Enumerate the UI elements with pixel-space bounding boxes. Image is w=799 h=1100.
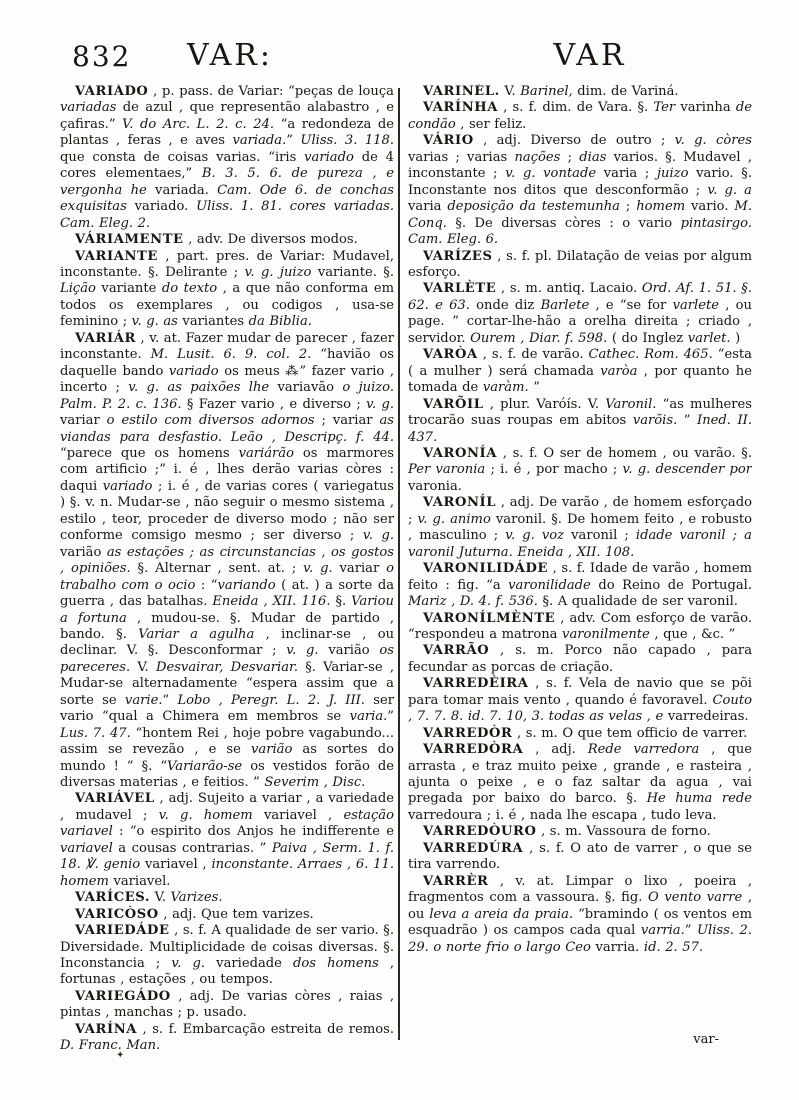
entry-text-italic: Desvairar, Desvariar.: [156, 660, 298, 675]
entry-text-italic: v. g. as paixões lhe: [128, 380, 269, 395]
entry-headword: VARREDÈIRA: [423, 676, 529, 691]
left-column: VARIÁDO , p. pass. de Variar: “peças de …: [60, 84, 394, 1050]
entry-text-italic: variárão: [239, 446, 294, 461]
ink-mark: ✦: [116, 1050, 124, 1061]
entry-text-italic: Rede varredora: [588, 742, 700, 757]
entry-text-italic: Variarão-se: [167, 759, 242, 774]
entry-headword: VARRÃO: [423, 643, 489, 658]
dictionary-entry: VARÍNA , s. f. Embarcação estreita de re…: [60, 1022, 394, 1050]
entry-headword: VARÍNA: [75, 1022, 137, 1037]
dictionary-entry: VARREDÒRA , adj. Rede varredora , que ar…: [408, 742, 752, 824]
entry-text: § Fazer vario , e diverso ;: [182, 397, 367, 412]
entry-text-italic: v. g. voz: [505, 528, 564, 543]
entry-text: que consta de coisas varias. “iris: [60, 150, 304, 165]
entry-text: , s. f. dim. de Vara. §.: [498, 100, 653, 115]
entry-text: ”: [529, 380, 540, 395]
entry-headword: VARÍNHA: [423, 100, 498, 115]
entry-text: , s. f. de varão.: [478, 347, 589, 362]
entry-text-italic: v. g.: [303, 561, 332, 576]
entry-headword: VARIÁR: [75, 331, 136, 346]
dictionary-entry: VARLÈTE , s. m. antiq. Lacaio. Ord. Af. …: [408, 281, 752, 347]
entry-text: V.: [130, 660, 156, 675]
entry-text-italic: Lição: [60, 281, 96, 296]
entry-headword: VÁRIO: [423, 133, 474, 148]
dictionary-entry: VARÕIL , plur. Varóís. V. Varonil. “as m…: [408, 397, 752, 446]
entry-text: varria.: [591, 940, 644, 955]
dictionary-entry: VARREDÚRA , s. f. O ato de varrer , o qu…: [408, 841, 752, 874]
entry-text-italic: varonilmente: [562, 627, 650, 642]
entry-text-italic: nações: [514, 150, 560, 165]
entry-text-italic: varlet.: [688, 331, 731, 346]
entry-text: , plur. Varóís. V.: [484, 397, 606, 412]
dictionary-entry: VARÒA , s. f. de varão. Cathec. Rom. 465…: [408, 347, 752, 396]
entry-text: ; variar: [315, 413, 380, 428]
running-head-left: VAR:: [160, 38, 300, 73]
entry-text: variado.: [127, 199, 196, 214]
dictionary-entry: VARICÒSO , adj. Que tem varizes.: [60, 907, 394, 923]
entry-text: onde diz: [470, 298, 541, 313]
entry-text: ”: [162, 693, 177, 708]
entry-text-italic: dias: [579, 150, 606, 165]
entry-text-italic: v. g. homem: [159, 808, 253, 823]
entry-text: ( do Inglez: [607, 331, 687, 346]
entry-text-italic: Barinel,: [520, 84, 572, 99]
dictionary-entry: VARREDÈIRA , s. f. Vela de navio que se …: [408, 676, 752, 725]
entry-headword: VARINÉL.: [423, 84, 500, 99]
entry-text: §. Alternar , sent. at. ;: [131, 561, 304, 576]
entry-text-italic: v. g. juizo: [245, 265, 312, 280]
entry-text: , adj. Que tem varizes.: [159, 907, 314, 922]
entry-text: variante: [96, 281, 162, 296]
entry-text: varredeiras.: [663, 709, 748, 724]
entry-text: , que , &c. ”: [650, 627, 736, 642]
entry-text: varonia.: [408, 479, 462, 494]
entry-headword: VARIEDÁDE: [75, 923, 170, 938]
dictionary-entry: VARIÁVEL , adj. Sujeito a variar , a var…: [60, 791, 394, 890]
entry-text: ;: [560, 150, 579, 165]
entry-text: , s. m. O que tem officio de varrer.: [513, 726, 748, 741]
catchword: var-: [693, 1032, 719, 1047]
entry-text: §.: [331, 594, 352, 609]
dictionary-entry: VARONÍLMÈNTE , adv. Com esforço de varão…: [408, 611, 752, 644]
entry-text-italic: Ter: [653, 100, 675, 115]
entry-headword: VARIEGÁDO: [75, 989, 171, 1004]
entry-headword: VARIÁDO: [75, 84, 148, 99]
entry-text-italic: o estilo com diversos adornos: [107, 413, 315, 428]
entry-text-italic: varria.: [641, 923, 685, 938]
entry-text-italic: Mariz , D. 4. f. 536.: [408, 594, 538, 609]
entry-text-italic: varie.: [125, 693, 163, 708]
dictionary-entry: VARONÍA , s. f. O ser de homem , ou varã…: [408, 446, 752, 495]
dictionary-entry: VARIANTE , part. pres. de Variar: Mudave…: [60, 249, 394, 331]
dictionary-entry: VARIEGÁDO , adj. De varias còres , raias…: [60, 989, 394, 1022]
entry-text: varredoura ; i. é , nada lhe escapa , tu…: [408, 808, 717, 823]
entry-text: varias ; varias: [408, 150, 514, 165]
entry-text-italic: Barlete: [541, 298, 590, 313]
dictionary-entry: VARIÁR , v. at. Fazer mudar de parecer ,…: [60, 331, 394, 792]
entry-text-italic: deposição da testemunha: [447, 199, 620, 214]
entry-text-italic: variado: [103, 479, 153, 494]
entry-text-italic: variadas: [60, 100, 116, 115]
entry-text-italic: v. g.: [363, 528, 394, 543]
entry-text-italic: variado: [304, 150, 354, 165]
entry-text: dim. de Variná.: [573, 84, 679, 99]
dictionary-entry: VARONILIDÁDE , s. f. Idade de varão , ho…: [408, 561, 752, 610]
entry-text-italic: v. g.: [286, 643, 318, 658]
dictionary-entry: VARRÈR , v. at. Limpar o lixo , poeira ,…: [408, 874, 752, 956]
entry-text: §. De diversas còres : o vario: [447, 216, 681, 231]
entry-text: , s. m. antiq. Lacaio.: [496, 281, 642, 296]
dictionary-entry: VARÍNHA , s. f. dim. de Vara. §. Ter var…: [408, 100, 752, 133]
dictionary-entry: VARRÃO , s. m. Porco não capado , para f…: [408, 643, 752, 676]
entry-headword: VARIÁVEL: [75, 791, 155, 806]
right-column: VARINÉL. V. Barinel, dim. de Variná.VARÍ…: [408, 84, 752, 1050]
entry-headword: VÁRIAMENTE: [75, 232, 184, 247]
entry-text-italic: v. g. a: [707, 183, 752, 198]
entry-text-italic: Eneida , XII. 116.: [212, 594, 330, 609]
entry-text-italic: Varonil.: [605, 397, 656, 412]
entry-text: ;: [620, 199, 636, 214]
entry-text-italic: id. 2. 57.: [644, 940, 703, 955]
entry-text: varião: [60, 545, 107, 560]
entry-text: “parece que os homens: [60, 446, 239, 461]
entry-text: varia: [408, 199, 447, 214]
entry-text: , adj.: [523, 742, 588, 757]
entry-headword: VARREDÒR: [423, 726, 513, 741]
entry-text-italic: Lobo , Peregr. L. 2. J. III.: [177, 693, 365, 708]
entry-text-italic: varonilidade: [508, 578, 591, 593]
entry-text: , s. m. Vassoura de forno.: [537, 824, 711, 839]
entry-text-italic: homem: [636, 199, 685, 214]
page-number: 832: [72, 40, 131, 73]
entry-text-italic: variavel: [60, 841, 113, 856]
entry-text: variar: [60, 413, 107, 428]
entry-text: , adj. Diverso de outro ;: [474, 133, 675, 148]
entry-headword: VARREDÒRA: [423, 742, 523, 757]
entry-text-italic: Variar a agulha: [138, 627, 254, 642]
entry-text: variar: [333, 561, 387, 576]
entry-text-italic: v. g. vontade: [505, 166, 596, 181]
entry-text: §. A qualidade de ser varonil.: [538, 594, 738, 609]
column-divider-rule: [398, 88, 400, 1040]
entry-text-italic: He huma rede: [647, 791, 752, 806]
entry-text: varião: [319, 643, 380, 658]
entry-headword: VARONÍL: [423, 495, 496, 510]
entry-text-italic: V. do Arc. L. 2. c. 24.: [122, 117, 274, 132]
dictionary-entry: VARREDÒURO , s. m. Vassoura de forno.: [408, 824, 752, 840]
entry-headword: VARIANTE: [75, 249, 158, 264]
entry-text: a cousas contrarias. ”: [113, 841, 272, 856]
entry-text-italic: v. g. as: [132, 314, 178, 329]
entry-text: varinha: [675, 100, 736, 115]
entry-text-italic: Varizes.: [171, 890, 223, 905]
entry-text: V.: [150, 890, 170, 905]
entry-text: : “: [195, 578, 217, 593]
entry-text: .”: [282, 133, 300, 148]
entry-text-italic: v. g.: [366, 397, 394, 412]
entry-text-italic: variando: [217, 578, 275, 593]
entry-text-italic: Cathec. Rom. 465.: [589, 347, 713, 362]
dictionary-entry: VARONÍL , adj. De varão , de homem esfor…: [408, 495, 752, 561]
entry-text: varonil ;: [564, 528, 636, 543]
running-header: 832 VAR: VAR: [0, 38, 799, 78]
running-head-right: VAR: [520, 38, 660, 73]
entry-text-italic: M. Lusit. 6. 9. col. 2.: [151, 347, 312, 362]
entry-headword: VARICÒSO: [75, 907, 159, 922]
entry-text-italic: D. Franc. Man.: [60, 1038, 160, 1050]
entry-headword: VARONILIDÁDE: [423, 561, 548, 576]
entry-headword: VARONÍA: [423, 446, 497, 461]
text-columns: VARIÁDO , p. pass. de Variar: “peças de …: [60, 84, 752, 1050]
entry-text-italic: v. g. animo: [417, 512, 490, 527]
entry-headword: VARRÈR: [423, 874, 489, 889]
entry-headword: VARÍCES.: [75, 890, 150, 905]
entry-text-italic: leva a areia da praia.: [429, 907, 573, 922]
entry-text-italic: v. g. descender por: [623, 462, 753, 477]
entry-text: variavel ,: [140, 857, 211, 872]
entry-headword: VARREDÒURO: [423, 824, 537, 839]
dictionary-entry: VARIÁDO , p. pass. de Variar: “peças de …: [60, 84, 394, 232]
entry-headword: VARÕIL: [423, 397, 484, 412]
dictionary-entry: VARREDÒR , s. m. O que tem officio de va…: [408, 726, 752, 742]
entry-text: , p. pass. de Variar: “peças de louça: [148, 84, 394, 99]
entry-text: ): [731, 331, 741, 346]
entry-headword: VARLÈTE: [423, 281, 496, 296]
entry-text: do Reino de Portugal.: [591, 578, 752, 593]
entry-text: variavão: [269, 380, 342, 395]
entry-headword: VARONÍLMÈNTE: [423, 611, 555, 626]
entry-text-italic: v. g. còres: [675, 133, 752, 148]
entry-text: vario.: [685, 199, 734, 214]
entry-text: ”: [387, 709, 394, 724]
entry-text-italic: O vento varre: [648, 890, 742, 905]
entry-text: variedade: [205, 956, 293, 971]
entry-text: , ser feliz.: [456, 117, 527, 132]
entry-headword: VARÒA: [423, 347, 478, 362]
entry-text: variavel.: [109, 874, 171, 889]
entry-text-italic: juizo: [657, 166, 688, 181]
entry-text-italic: varião: [251, 742, 292, 757]
entry-text-italic: Uliss. 3. 118.: [300, 133, 394, 148]
entry-text-italic: variado: [169, 364, 219, 379]
entry-text-italic: varàm.: [483, 380, 529, 395]
entry-text: , adv. De diversos modos.: [184, 232, 358, 247]
entry-text-italic: varõis.: [633, 413, 677, 428]
dictionary-entry: VARINÉL. V. Barinel, dim. de Variná.: [408, 84, 752, 100]
dictionary-entry: VÁRIO , adj. Diverso de outro ; v. g. cò…: [408, 133, 752, 248]
dictionary-entry: VARÍCES. V. Varizes.: [60, 890, 394, 906]
dictionary-entry: VÁRIAMENTE , adv. De diversos modos.: [60, 232, 394, 248]
entry-text: variantes: [178, 314, 249, 329]
entry-text: variante. §.: [311, 265, 394, 280]
entry-text: variada.: [147, 183, 217, 198]
entry-text: ; i. é , por macho ;: [485, 462, 622, 477]
entry-text-italic: variada: [232, 133, 282, 148]
entry-text: , s. f. Embarcação estreita de remos.: [137, 1022, 394, 1037]
entry-headword: VARREDÚRA: [423, 841, 523, 856]
entry-headword: VARÍZES: [423, 249, 493, 264]
entry-text-italic: varòa: [600, 364, 637, 379]
entry-text: : “o espirito dos Anjos he indifferente …: [113, 824, 394, 839]
entry-text-italic: da Biblia.: [249, 314, 312, 329]
entry-text-italic: varia.: [350, 709, 388, 724]
entry-text: ”: [677, 413, 697, 428]
entry-text-italic: Per varonia: [408, 462, 485, 477]
entry-text: , e “se for: [589, 298, 672, 313]
entry-text-italic: Ourem , Diar. f. 598.: [470, 331, 607, 346]
entry-text-italic: varlete: [673, 298, 719, 313]
entry-text: , s. f. O ser de homem , ou varão. §.: [497, 446, 752, 461]
entry-text: variavel ,: [253, 808, 344, 823]
entry-text: V.: [500, 84, 520, 99]
entry-text-italic: do texto: [162, 281, 217, 296]
entry-text-italic: dos homens: [293, 956, 379, 971]
entry-text: ”: [685, 923, 697, 938]
entry-text-italic: v. g.: [171, 956, 205, 971]
entry-text: varia ;: [596, 166, 657, 181]
entry-text-italic: Severim , Disc.: [264, 775, 365, 790]
dictionary-page: 832 VAR: VAR VARIÁDO , p. pass. de Varia…: [0, 0, 799, 1100]
dictionary-entry: VARÍZES , s. f. pl. Dilatação de veias p…: [408, 249, 752, 282]
dictionary-entry: VARIEDÁDE , s. f. A qualidade de ser var…: [60, 923, 394, 989]
entry-text-italic: Lus. 7. 47.: [60, 726, 131, 741]
